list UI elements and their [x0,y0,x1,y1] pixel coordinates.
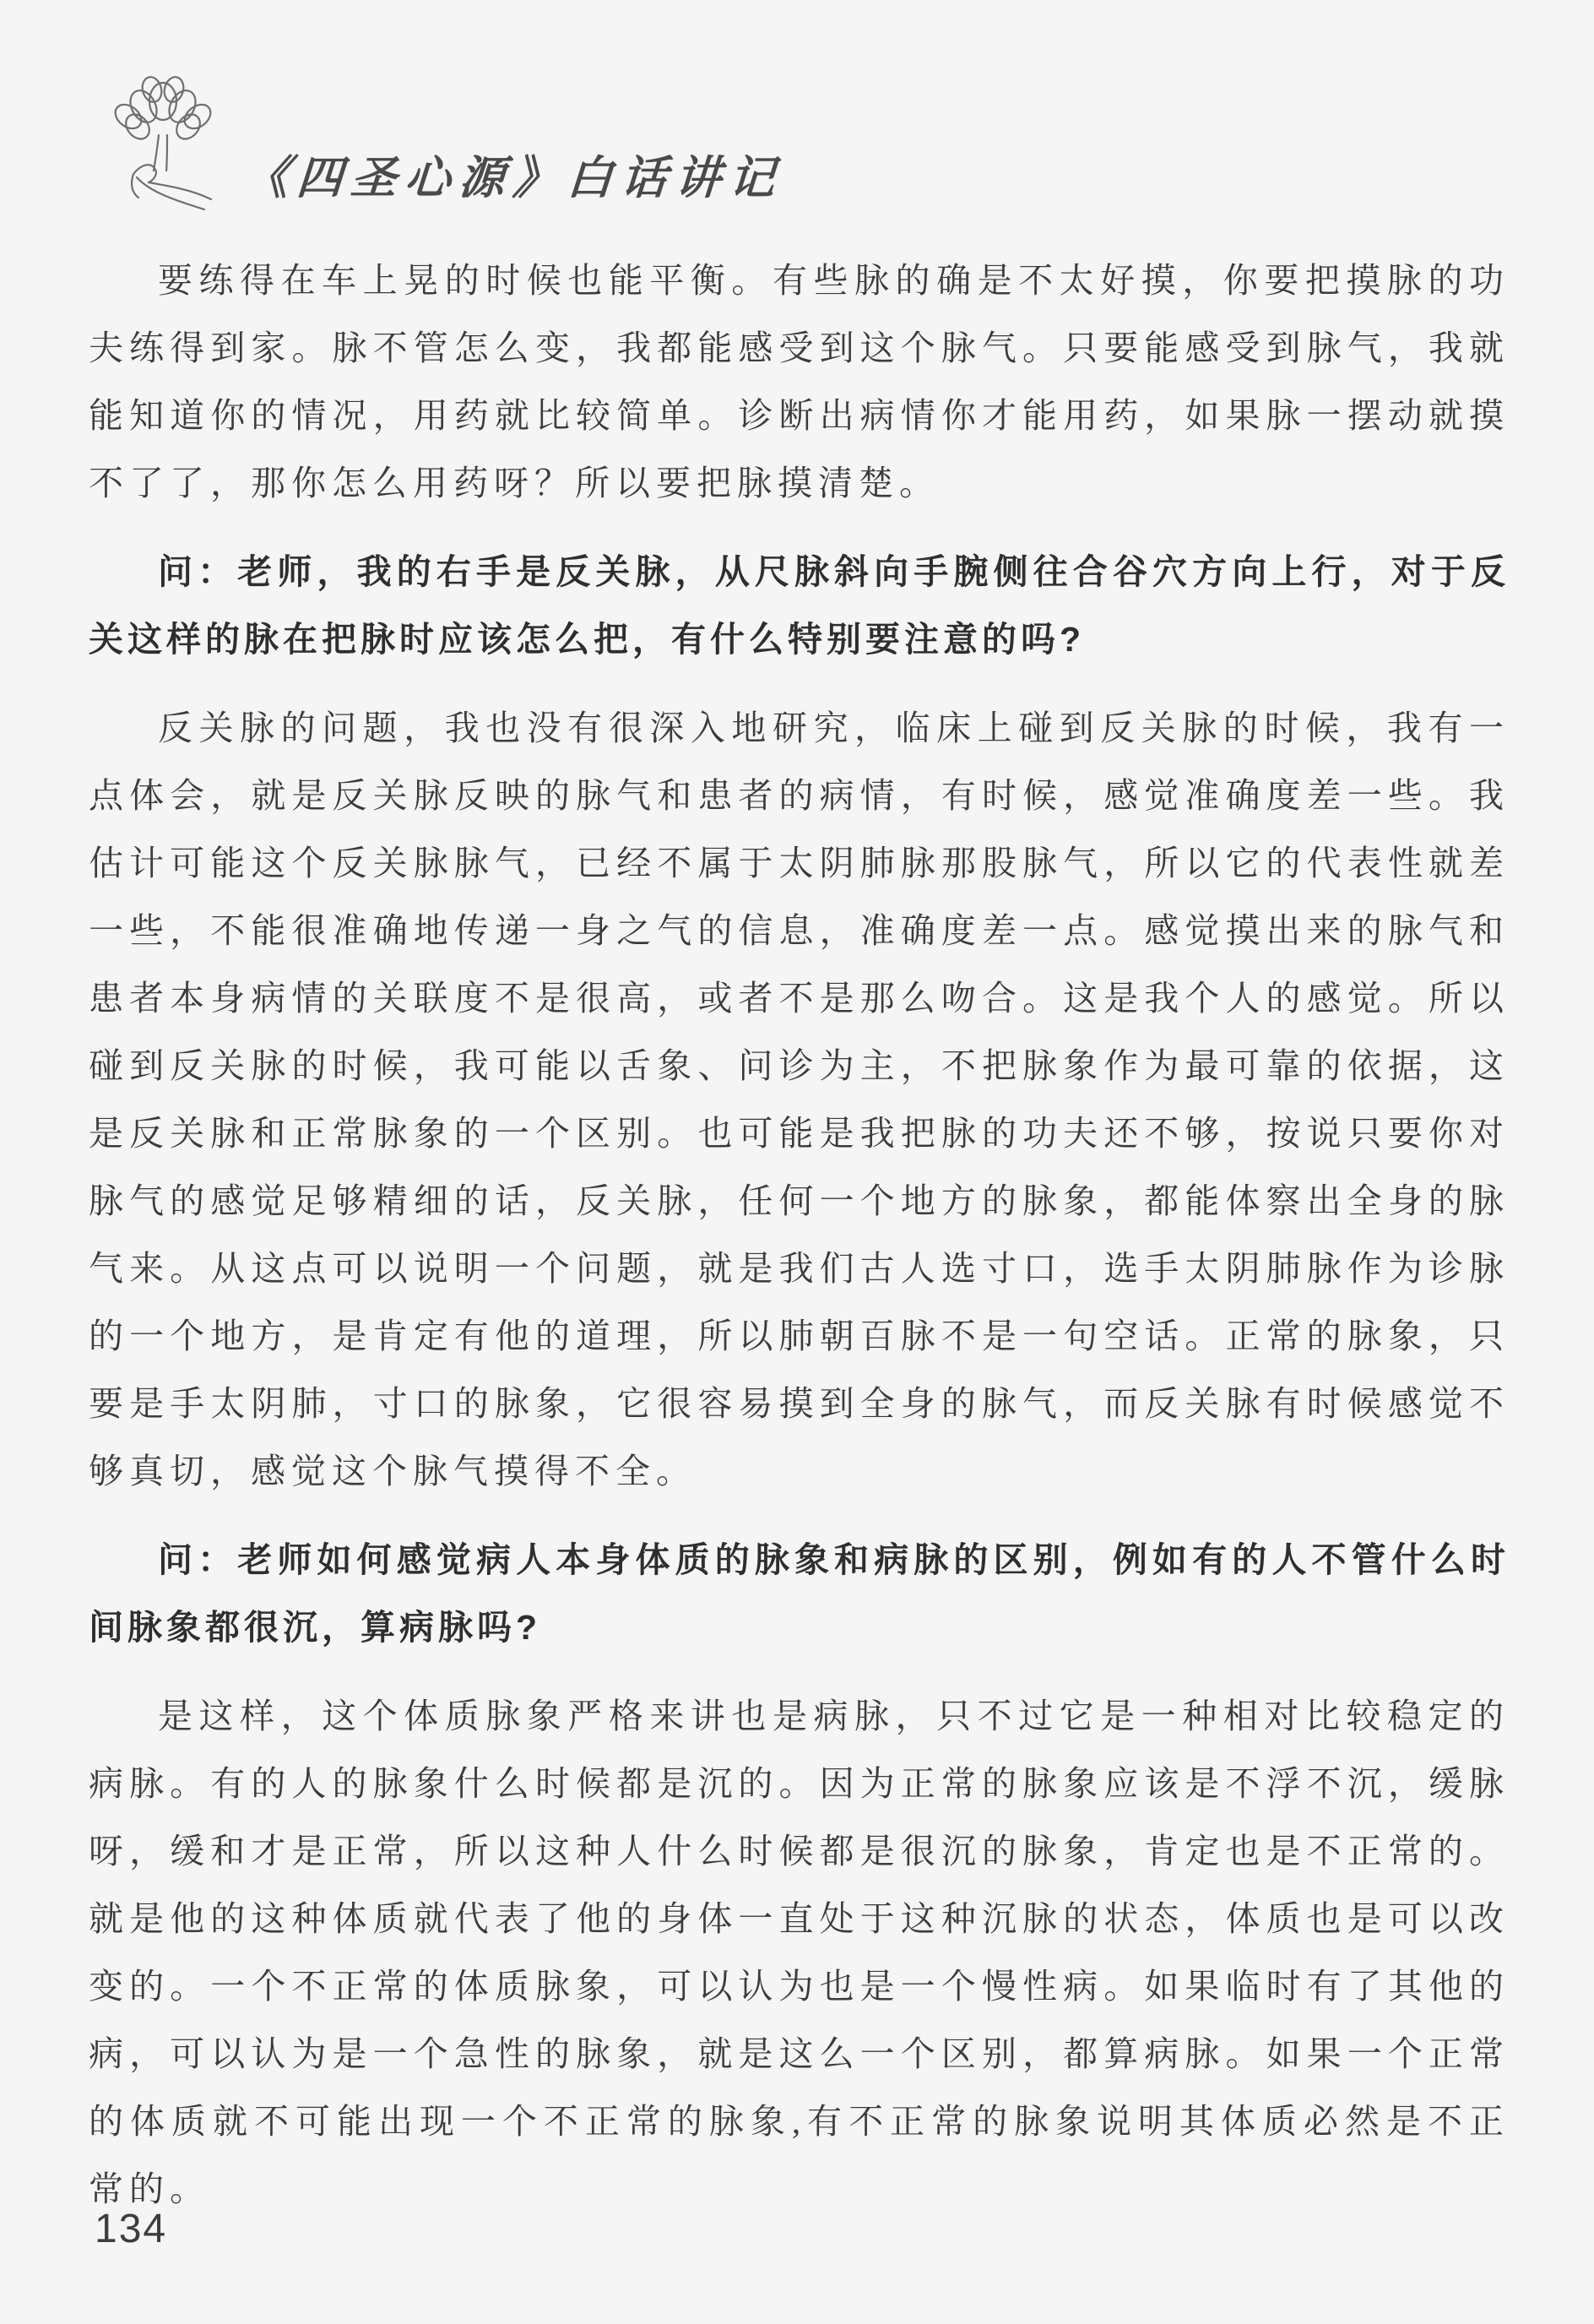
book-page: 《四圣心源》白话讲记 要练得在车上晃的时候也能平衡。有些脉的确是不太好摸，你要把… [0,0,1594,2324]
book-title: 《四圣心源》白话讲记 [241,142,785,207]
paragraph: 要练得在车上晃的时候也能平衡。有些脉的确是不太好摸，你要把摸脉的功夫练得到家。脉… [89,247,1510,517]
page-content: 要练得在车上晃的时候也能平衡。有些脉的确是不太好摸，你要把摸脉的功夫练得到家。脉… [89,247,1510,2223]
lotus-in-hand-icon [100,66,226,214]
question-paragraph: 问：老师如何感觉病人本身体质的脉象和病脉的区别，例如有的人不管什么时间脉象都很沉… [89,1526,1510,1661]
page-number: 134 [95,2206,167,2252]
answer-paragraph: 是这样，这个体质脉象严格来讲也是病脉，只不过它是一种相对比较稳定的病脉。有的人的… [89,1682,1510,2223]
question-paragraph: 问：老师，我的右手是反关脉，从尺脉斜向手腕侧往合谷穴方向上行，对于反关这样的脉在… [89,538,1510,673]
answer-paragraph: 反关脉的问题，我也没有很深入地研究，临床上碰到反关脉的时候，我有一点体会，就是反… [89,694,1510,1505]
page-header: 《四圣心源》白话讲记 [0,0,1594,236]
